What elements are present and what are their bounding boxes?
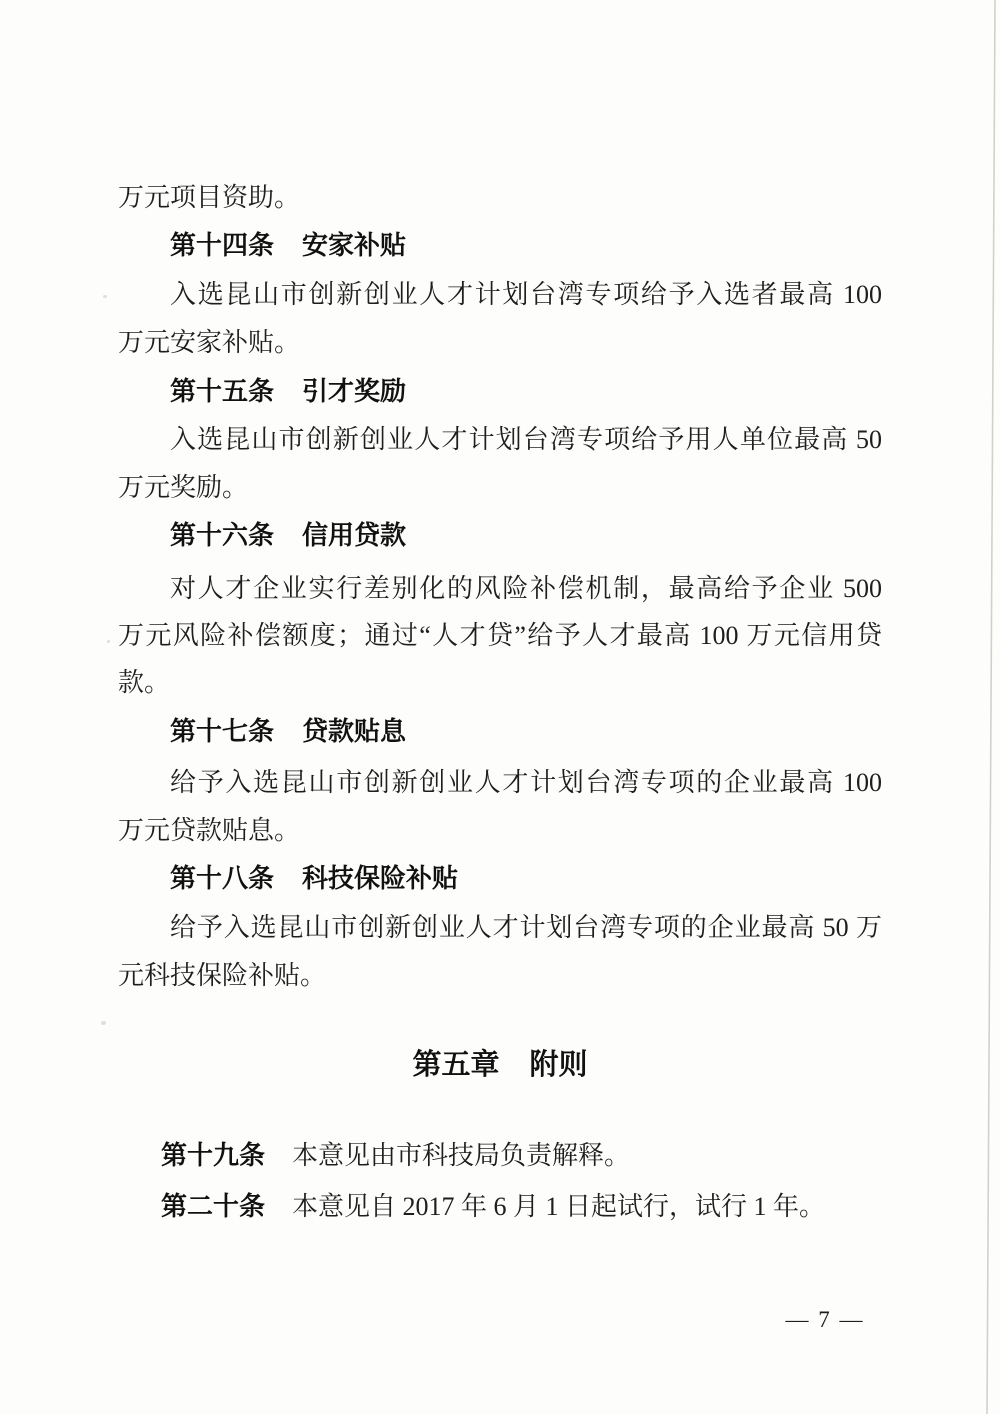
paragraph-line: 给予入选昆山市创新创业人才计划台湾专项的企业最高 50 万	[170, 912, 882, 944]
article-title: 科技保险补贴	[302, 864, 458, 894]
article-title: 贷款贴息	[302, 717, 406, 747]
scanned-document-page: { "page": { "colors": { "paper": "#fdfdf…	[0, 0, 1000, 1414]
paragraph-line: 万元项目资助。	[118, 182, 300, 214]
article-text: 本意见由市科技局负责解释。	[292, 1141, 630, 1170]
article-number: 第十七条	[170, 717, 274, 747]
article-title: 引才奖励	[302, 377, 406, 407]
article-heading-16: 第十六条信用贷款	[170, 520, 406, 552]
paragraph-line: 万元风险补偿额度；通过“人才贷”给予人才最高 100 万元信用贷	[118, 620, 882, 652]
paragraph-line: 对人才企业实行差别化的风险补偿机制，最高给予企业 500	[170, 573, 882, 605]
paragraph-line: 入选昆山市创新创业人才计划台湾专项给予入选者最高 100	[170, 279, 882, 311]
article-text: 本意见自 2017 年 6 月 1 日起试行，试行 1 年。	[292, 1192, 825, 1221]
article-number: 第十六条	[170, 521, 274, 551]
page-number: — 7 —	[770, 1306, 880, 1334]
scan-speck	[101, 1021, 106, 1025]
paragraph-line: 给予入选昆山市创新创业人才计划台湾专项的企业最高 100	[170, 767, 882, 799]
paragraph-line: 万元奖励。	[118, 472, 248, 504]
article-heading-14: 第十四条安家补贴	[170, 230, 406, 262]
article-number: 第十九条	[161, 1141, 265, 1171]
paragraph-line: 款。	[118, 667, 170, 699]
chapter-title: 附则	[530, 1047, 588, 1081]
article-number: 第十五条	[170, 377, 274, 407]
article-heading-15: 第十五条引才奖励	[170, 376, 406, 408]
article-title: 安家补贴	[302, 231, 406, 261]
article-number: 第十八条	[170, 864, 274, 894]
article-number: 第二十条	[161, 1192, 265, 1222]
closing-article-19: 第十九条本意见由市科技局负责解释。	[161, 1140, 630, 1172]
paragraph-line: 元科技保险补贴。	[118, 960, 326, 992]
paragraph-line: 万元安家补贴。	[118, 327, 300, 359]
article-number: 第十四条	[170, 231, 274, 261]
scan-speck	[107, 640, 110, 643]
article-title: 信用贷款	[302, 521, 406, 551]
scan-speck	[103, 295, 107, 298]
closing-article-20: 第二十条本意见自 2017 年 6 月 1 日起试行，试行 1 年。	[161, 1191, 825, 1223]
paragraph-line: 万元贷款贴息。	[118, 815, 300, 847]
article-heading-18: 第十八条科技保险补贴	[170, 863, 458, 895]
chapter-number: 第五章	[412, 1047, 499, 1081]
paragraph-line: 入选昆山市创新创业人才计划台湾专项给予用人单位最高 50	[170, 424, 882, 456]
article-heading-17: 第十七条贷款贴息	[170, 716, 406, 748]
chapter-heading: 第五章附则	[118, 1047, 882, 1081]
